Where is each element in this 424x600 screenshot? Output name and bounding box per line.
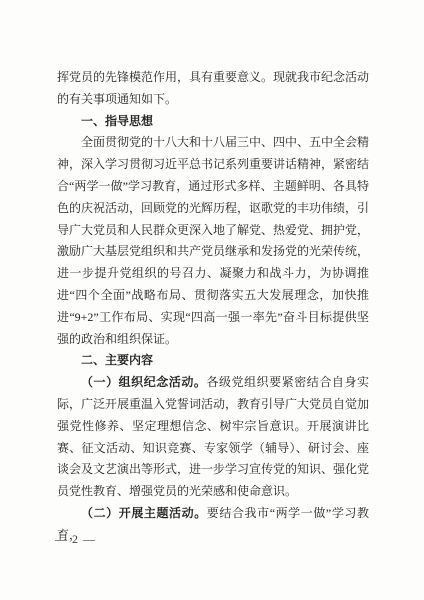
paragraph-lead: （二）开展主题活动。 [81,506,207,520]
paragraph: （二）开展主题活动。要结合我市“两学一做”学习教育， [57,503,369,547]
section-heading: 一、指导思想 [57,111,369,133]
page-number: — 2 — [55,531,96,547]
paragraph-lead: （一）组织纪念活动。 [81,375,206,389]
document-body: 挥党员的先锋模范作用，具有重要意义。现就我市纪念活动的有关事项通知如下。一、指导… [57,67,369,547]
document-page: 挥党员的先锋模范作用，具有重要意义。现就我市纪念活动的有关事项通知如下。一、指导… [0,0,424,600]
paragraph: 全面贯彻党的十八大和十八届三中、四中、五中全会精神，深入学习贯彻习近平总书记系列… [57,132,369,350]
section-heading: 二、主要内容 [57,350,369,372]
paragraph: （一）组织纪念活动。各级党组织要紧密结合自身实际，广泛开展重温入党誓词活动，教育… [57,372,369,503]
paragraph: 挥党员的先锋模范作用，具有重要意义。现就我市纪念活动的有关事项通知如下。 [57,67,369,111]
